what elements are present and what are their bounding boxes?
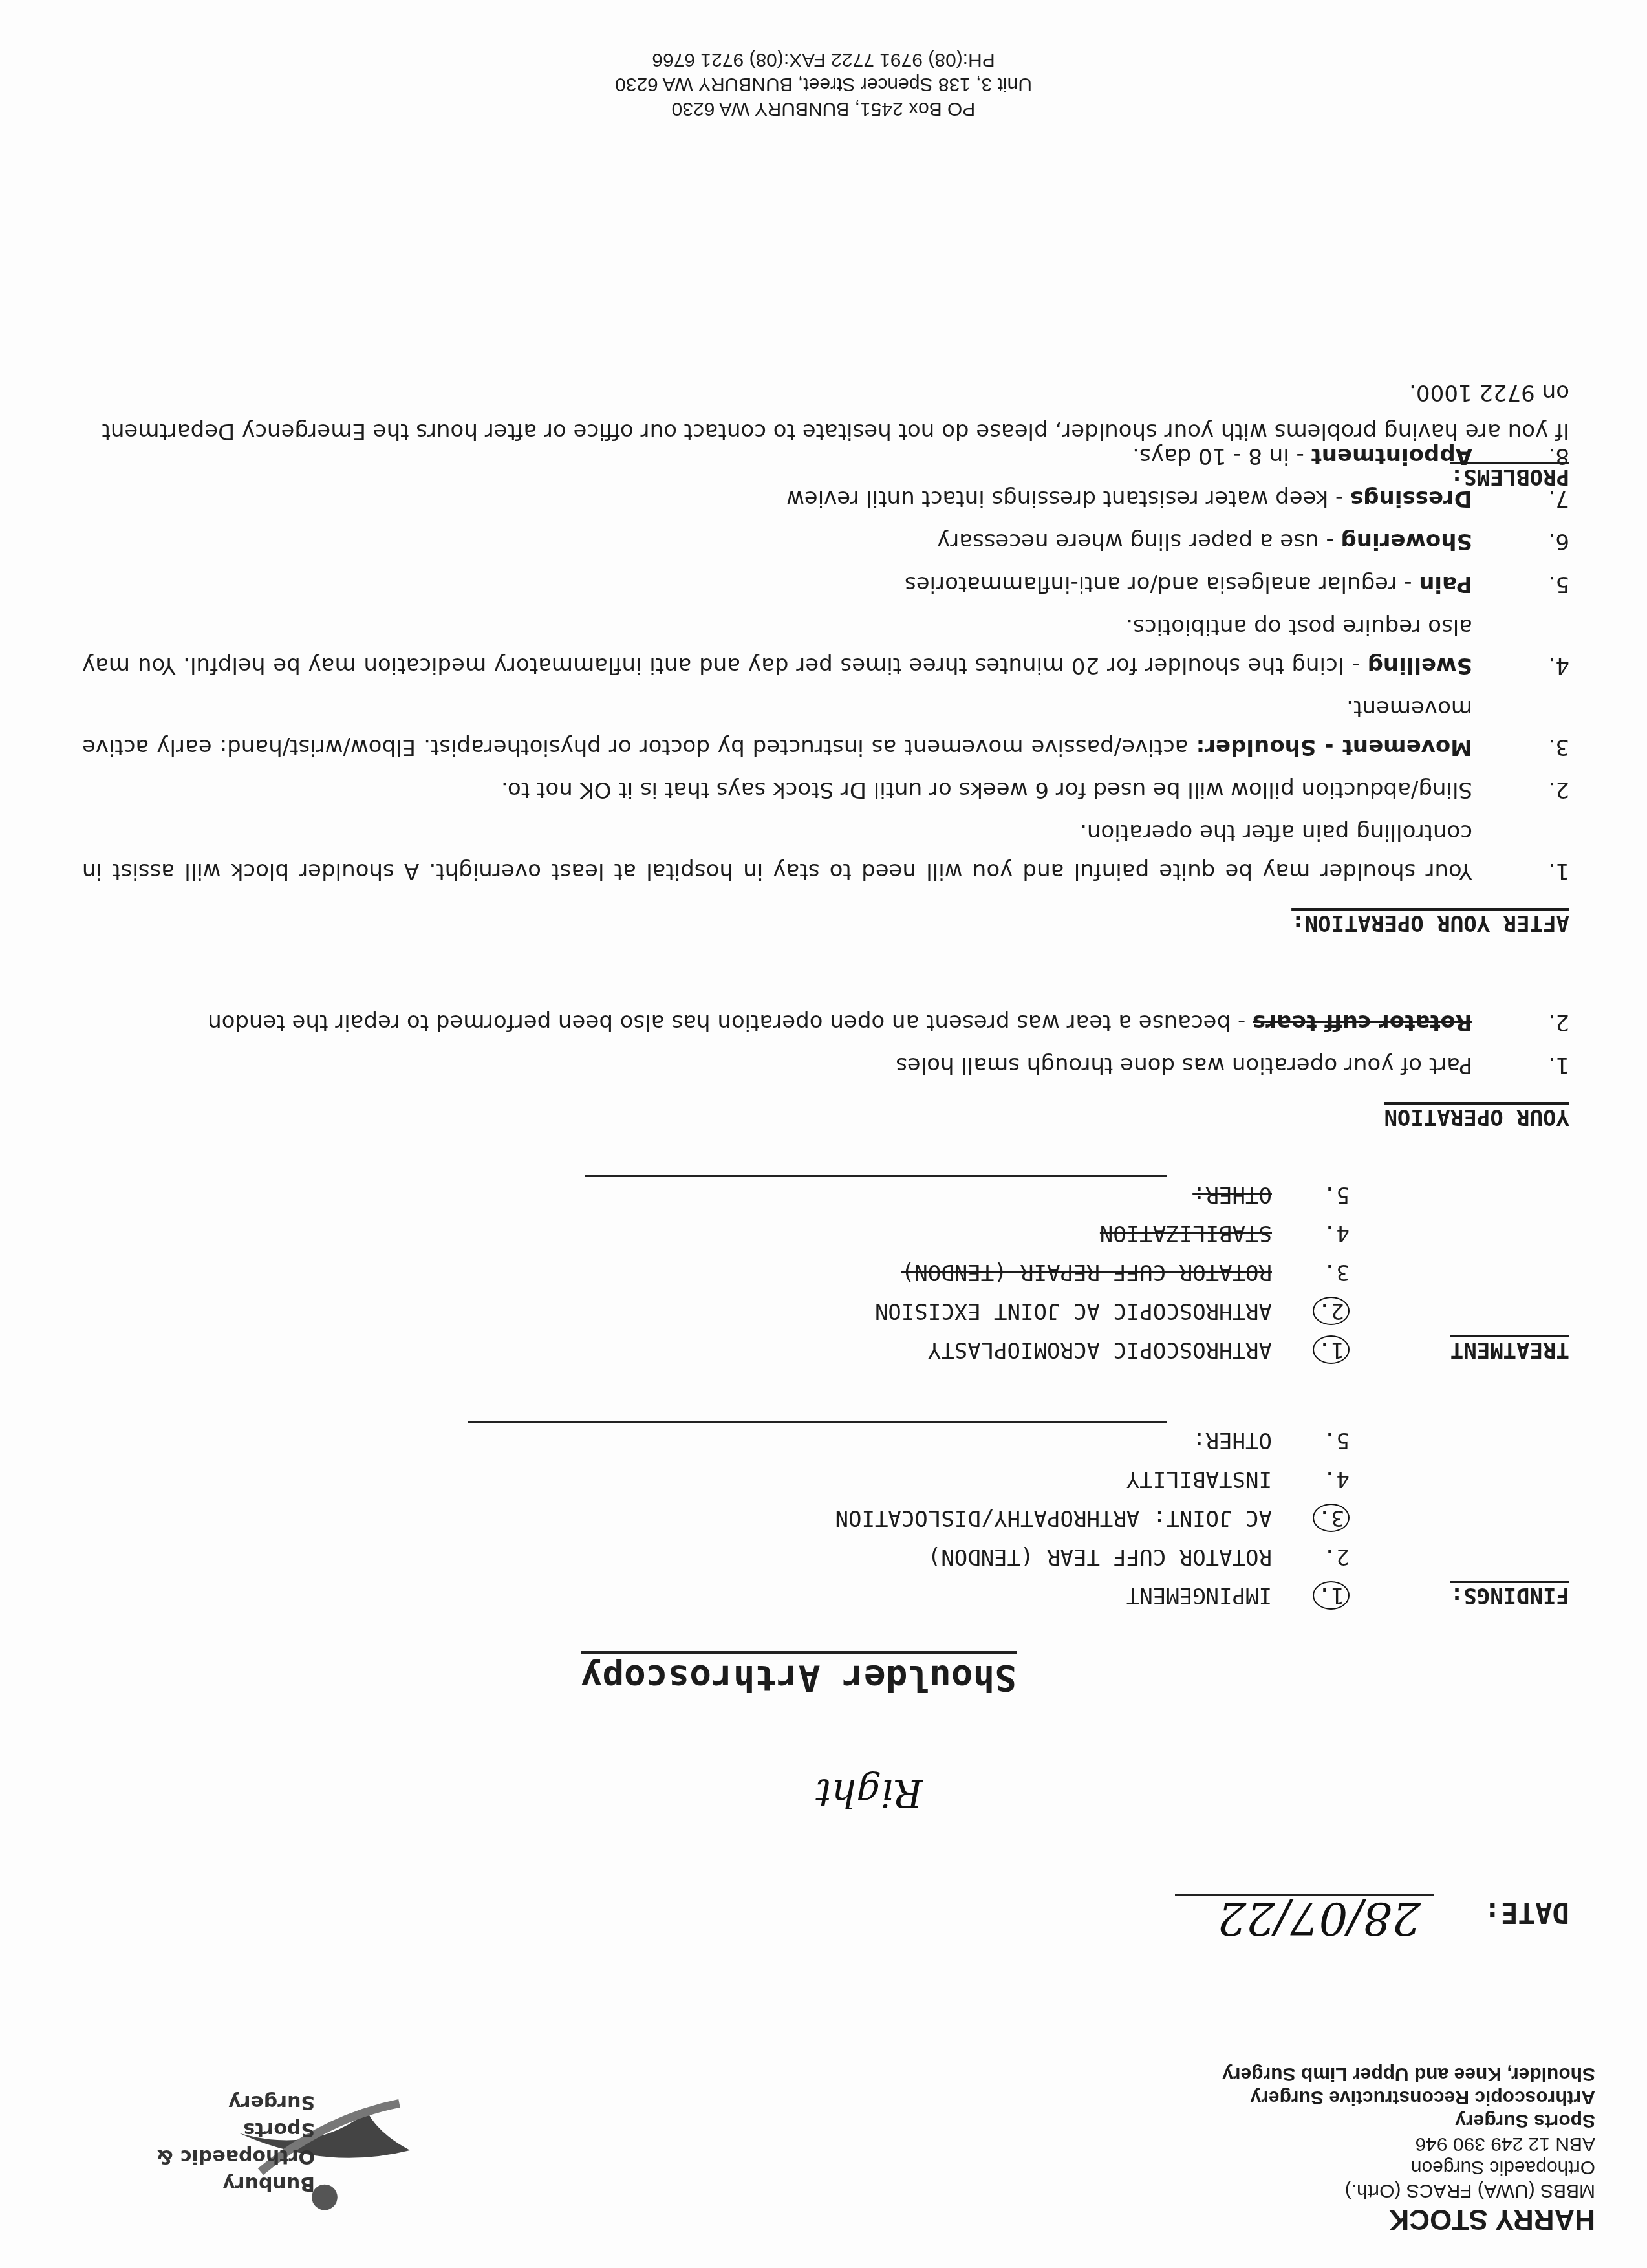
list-item: 2.Rotator cuff tears - because a tear wa… [82,1003,1569,1042]
clinic-logo-text: Bunbury Orthopaedic & Sports Surgery [156,2088,315,2197]
findings-item: 1.IMPINGEMENT [468,1576,1350,1615]
treatment-section: TREATMENT 1.ARTHROSCOPIC ACROMIOPLASTY 2… [585,1175,1569,1369]
treatment-label: TREATMENT [1350,1175,1569,1369]
handwritten-side: Right [815,1770,923,1815]
problems-label: PROBLEMS: [82,457,1569,496]
after-operation-section: AFTER YOUR OPERATION: 1.Your shoulder ma… [82,433,1569,942]
qualifications: MBBS (UWA) FRACS (Orth.) [1222,2179,1595,2202]
specialty: Arthroscopic Reconstructive Surgery [1222,2086,1595,2109]
abn: ABN 12 249 390 946 [1222,2132,1595,2155]
list-item: 1.Your shoulder may be quite painful and… [82,813,1569,891]
list-item: 3.Movement - Shoulder: active/passive mo… [82,689,1569,766]
title-line: Orthopaedic Surgeon [1222,2155,1595,2179]
scanned-document-page: HARRY STOCK MBBS (UWA) FRACS (Orth.) Ort… [0,0,1647,2268]
findings-section: FINDINGS: 1.IMPINGEMENT 2.ROTATOR CUFF T… [468,1421,1569,1615]
findings-item: 4.INSTABILITY [468,1460,1350,1498]
list-item: 1.Part of your operation was done throug… [82,1046,1569,1085]
page-title: Shoulder Arthroscopy [581,1651,1017,1699]
date-value: 28/07/22 [1218,1892,1421,1945]
letterhead: HARRY STOCK MBBS (UWA) FRACS (Orth.) Ort… [1222,2062,1595,2236]
problems-text: If you are having problems with your sho… [82,373,1569,451]
after-operation-label: AFTER YOUR OPERATION: [82,903,1569,942]
your-operation-label: YOUR OPERATION [82,1097,1569,1136]
list-item: 4.Swelling - Icing the shoulder for 20 m… [82,607,1569,685]
treatment-item: 1.ARTHROSCOPIC ACROMIOPLASTY [585,1330,1350,1369]
specialty: Shoulder, Knee and Upper Limb Surgery [1222,2062,1595,2086]
findings-item: 3.AC JOINT: ARTHROPATHY/DISLOCATION [468,1498,1350,1537]
findings-item: 2.ROTATOR CUFF TEAR (TENDON) [468,1537,1350,1576]
list-item: 5.Pain - regular analgesia and/or anti-i… [82,565,1569,603]
treatment-item: 2.ARTHROSCOPIC AC JOINT EXCISION [585,1291,1350,1330]
surgeon-name: HARRY STOCK [1222,2202,1595,2236]
footer-address: PO Box 2451, BUNBURY WA 6230 Unit 3, 138… [0,47,1647,121]
your-operation-section: YOUR OPERATION 1.Part of your operation … [82,999,1569,1136]
findings-item: 5.OTHER: [468,1421,1350,1460]
treatment-item: 4.STABILIZATION [585,1214,1350,1253]
list-item: 2.Sling/abduction pillow will be used fo… [82,770,1569,809]
date-label: DATE: [1484,1895,1569,1928]
findings-label: FINDINGS: [1350,1421,1569,1615]
specialty: Sports Surgery [1222,2109,1595,2132]
treatment-item: 5.OTHER: [585,1175,1350,1214]
list-item: 6.Showering - use a paper sling where ne… [82,522,1569,561]
problems-section: PROBLEMS: If you are having problems wit… [82,373,1569,496]
date-underline [1175,1894,1434,1896]
treatment-item: 3.ROTATOR CUFF REPAIR (TENDON) [585,1253,1350,1291]
